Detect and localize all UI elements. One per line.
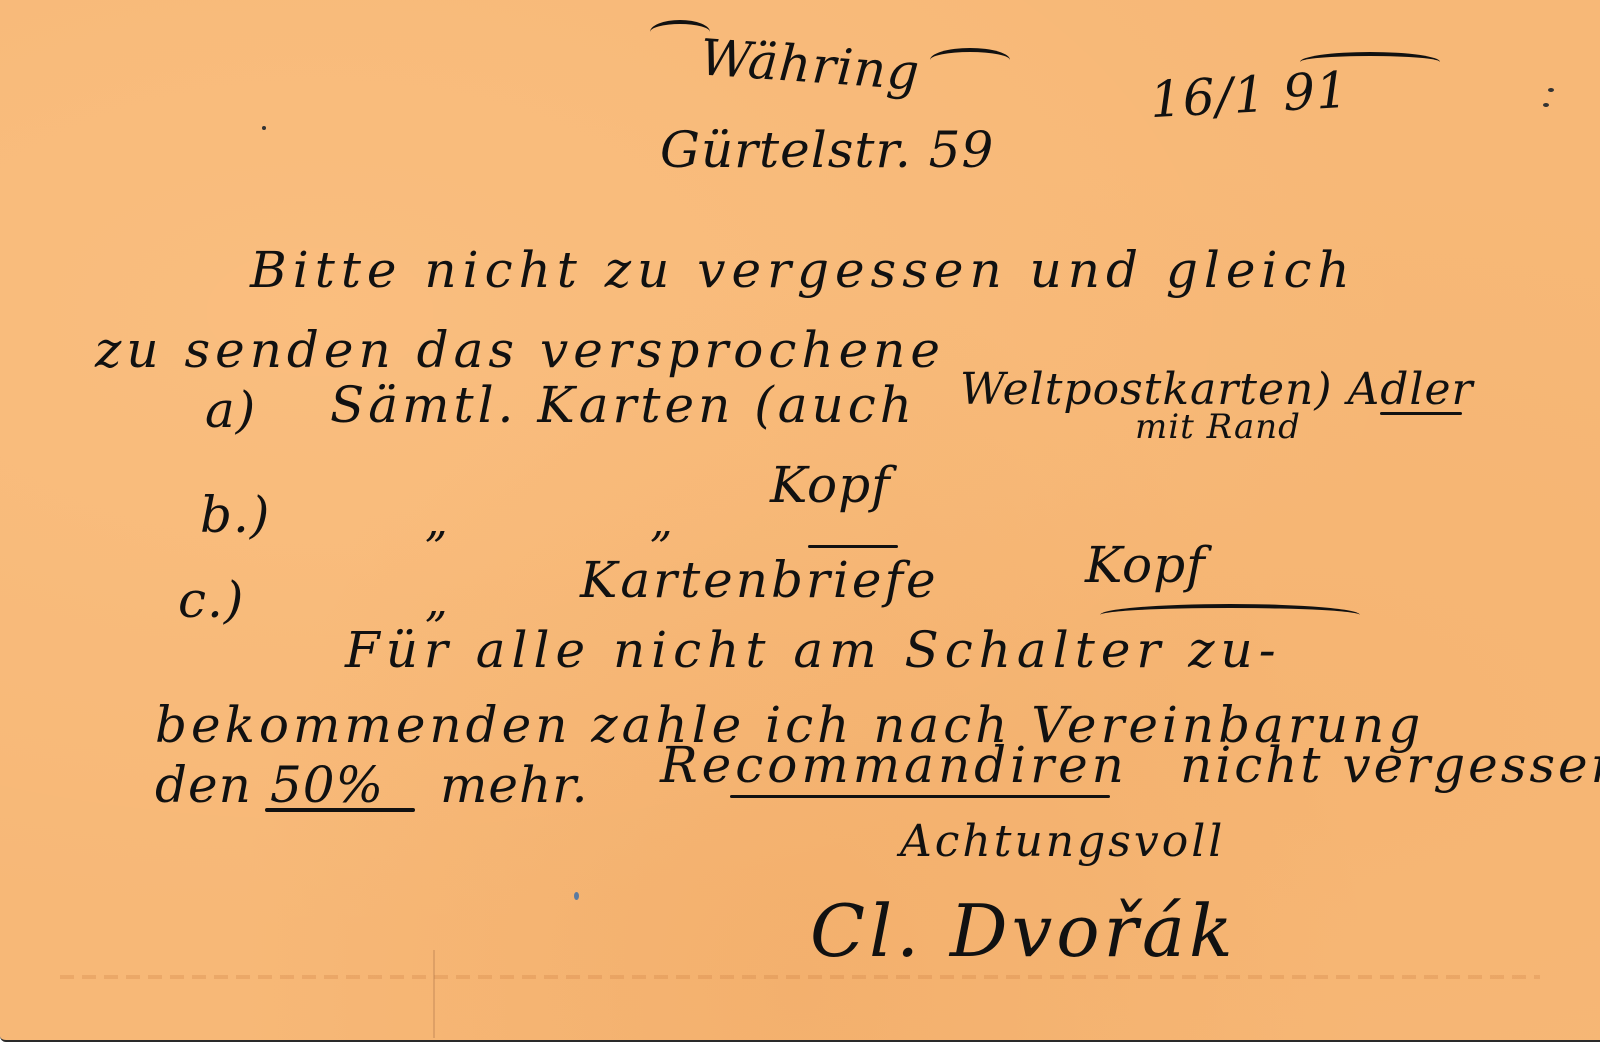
body-line-2: zu senden das versprochene [95,325,945,375]
address: Gürtelstr. 59 [660,125,994,175]
percent-underline [265,808,415,812]
item-b-text: Kopf [770,460,891,510]
item-b-label: b.) [200,490,270,540]
item-c-ditto: „ [425,580,449,624]
item-c-note: Kopf [1085,540,1206,590]
body-line-fuer: Für alle nicht am Schalter zu- [345,625,1282,675]
faint-printed-lines [60,975,1540,979]
nicht-vergessen: nicht vergessen! [1180,740,1600,790]
item-a-label: a) [205,385,256,435]
item-c-text: Kartenbriefe [580,555,939,605]
blue-speck [574,892,579,900]
recommandiren-underline [730,795,1110,798]
item-a-text: Sämtl. Karten (auch [330,380,916,430]
adler-underline [1380,412,1462,415]
date: 16/1 91 [1149,65,1350,125]
ink-speck [1543,103,1549,107]
item-a-subnote: mit Rand [1135,410,1301,444]
ink-speck [262,126,266,130]
date-overline [1300,52,1440,72]
recommandiren: Recommandiren [660,740,1128,790]
percent-value: 50% [270,760,384,810]
place-name: Währing [699,32,922,97]
body-line-den: den [155,760,252,810]
signature: Cl. Dvořák [810,895,1237,967]
faint-printed-divider [433,950,435,1038]
item-b-ditto-1: „ [425,500,449,544]
item-c-label: c.) [178,575,244,625]
ink-speck [1548,88,1554,92]
closing-greeting: Achtungsvoll [900,820,1225,864]
item-a-note: Weltpostkarten) Adler [960,368,1474,412]
body-line-1: Bitte nicht zu vergessen und gleich [250,245,1356,295]
place-end-flourish [930,48,1010,72]
item-b-ditto-2: „ [650,500,674,544]
body-line-mehr: mehr. [440,760,589,810]
kopf-underline [808,545,898,548]
postcard: Währing Gürtelstr. 59 16/1 91 Bitte nich… [0,0,1600,1042]
